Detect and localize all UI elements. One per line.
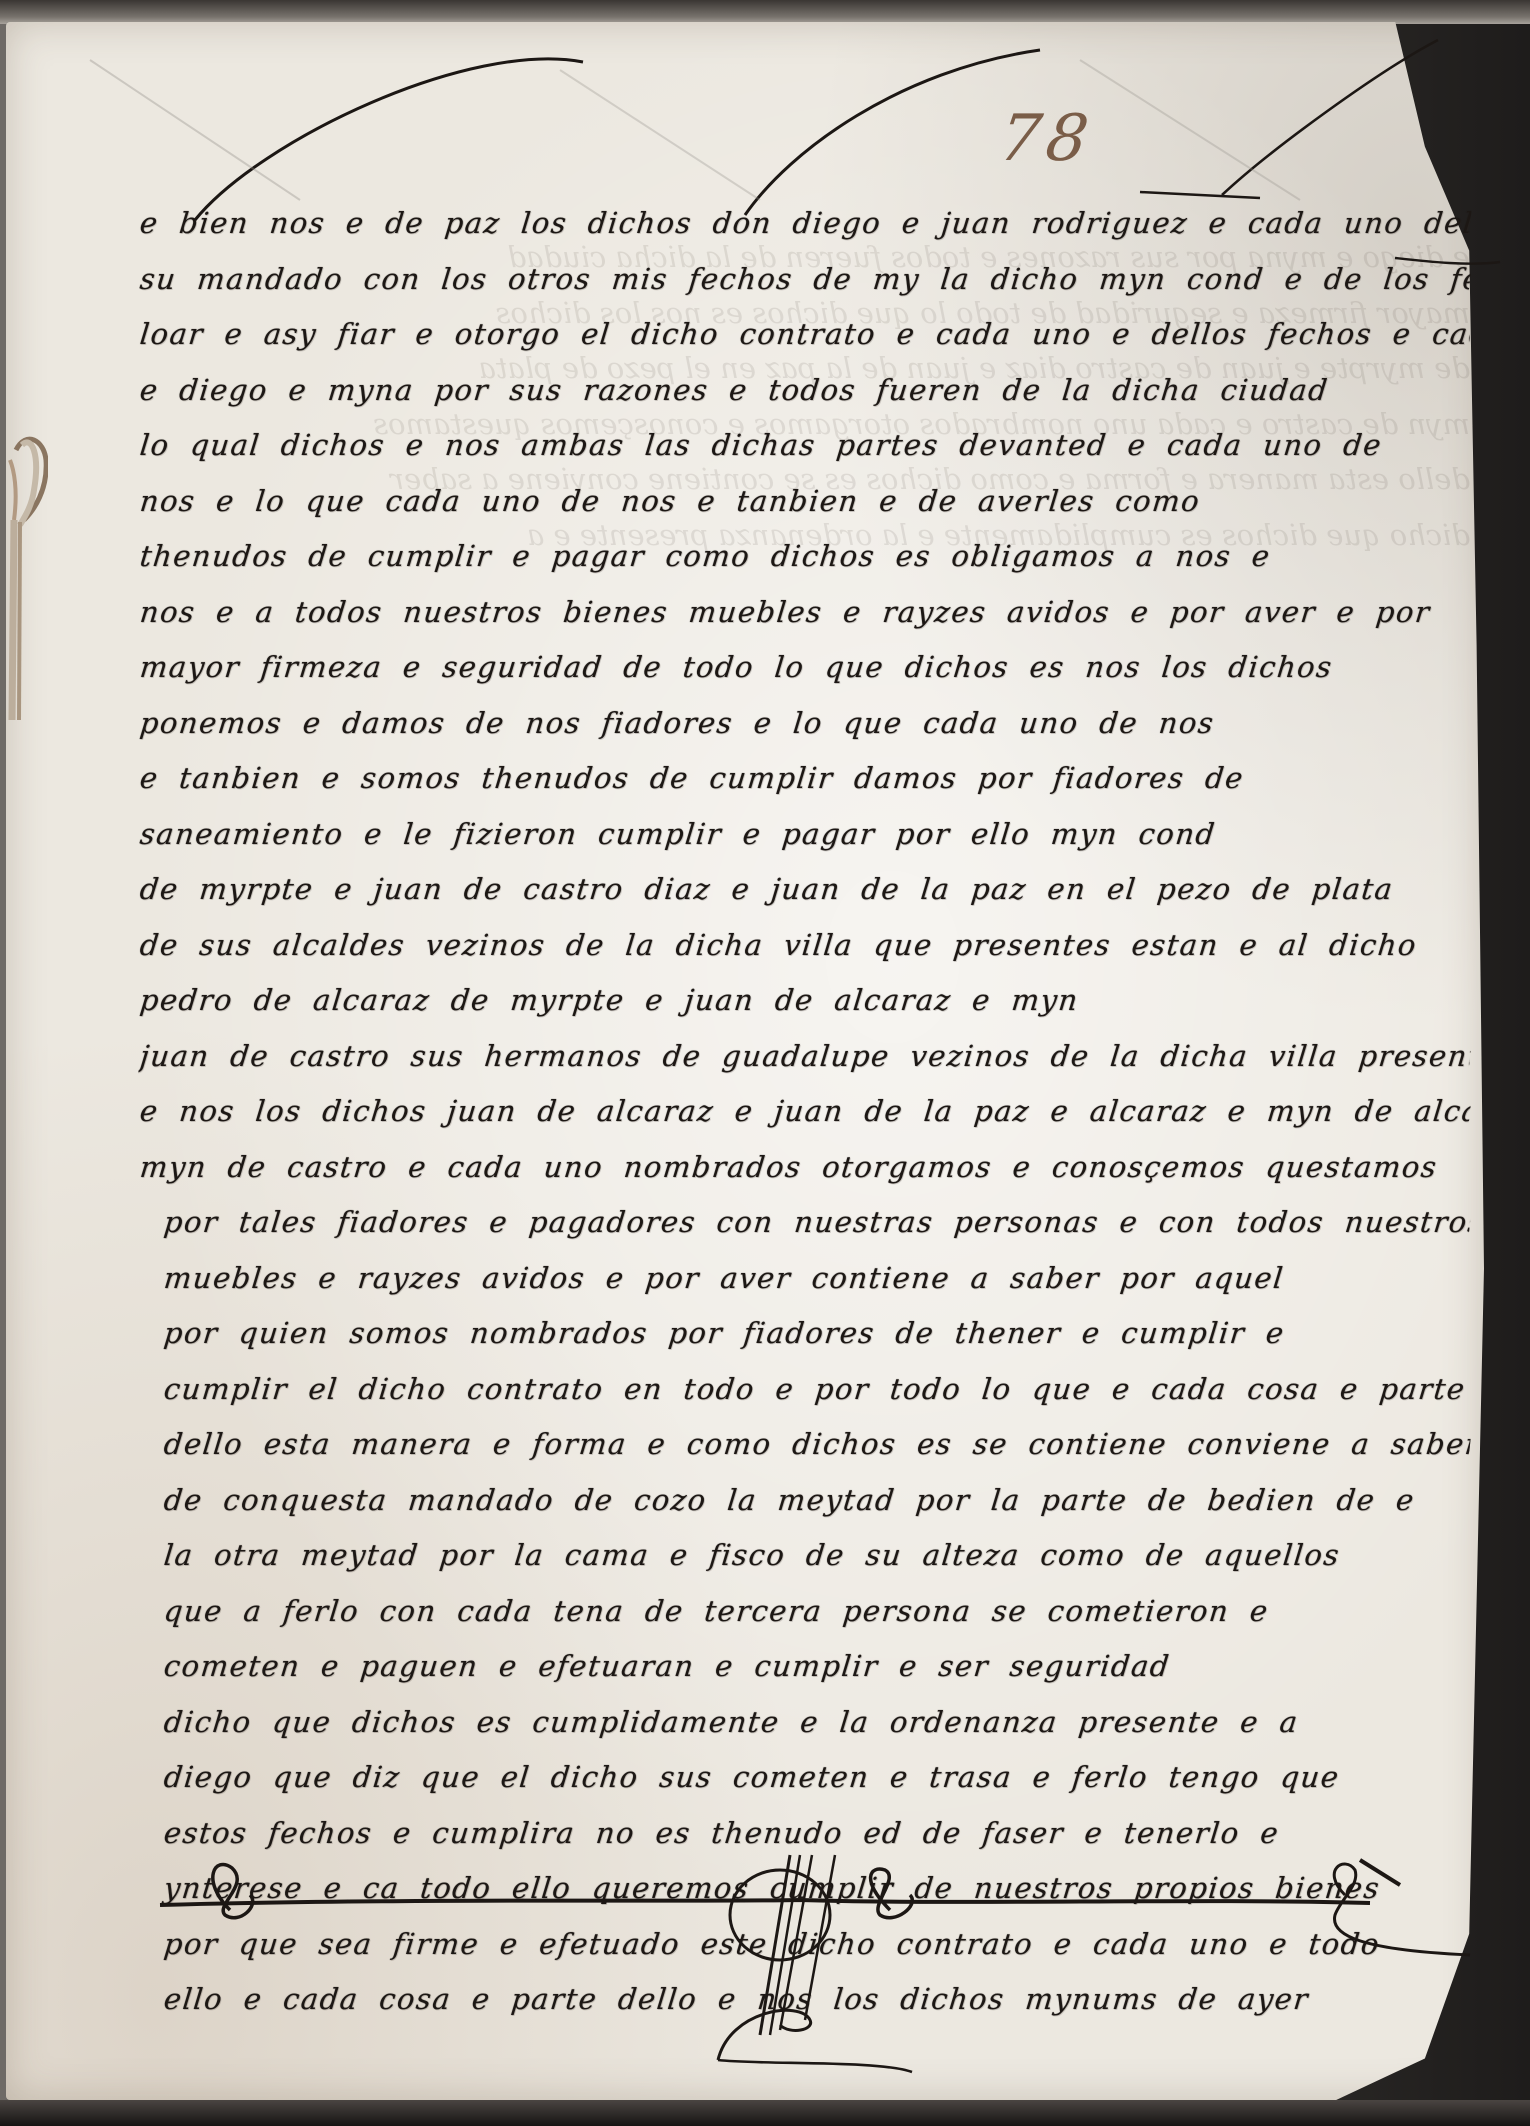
signature-rubrics (0, 0, 1530, 2126)
right-rubric-icon (1334, 1864, 1470, 1955)
left-rubric-icon (213, 1864, 253, 1917)
bottom-page-edge (0, 2100, 1530, 2126)
